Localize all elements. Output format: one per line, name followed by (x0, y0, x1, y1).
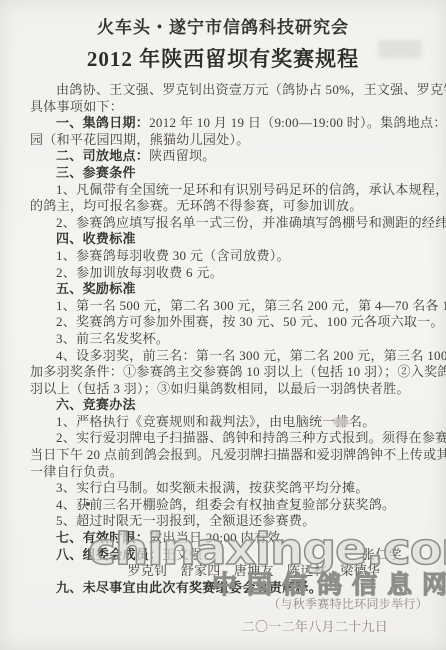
document-line: 1、第一名 500 元，第二名 300 元，第三名 200 元，第 4—70 名… (56, 298, 428, 315)
document-line: 三、参赛条件 (56, 165, 428, 182)
scan-smudge (378, 40, 422, 58)
document-line: 罗克钊 舒家四 唐坤友 陈远林 梁德华 (128, 563, 429, 580)
document-line: 九、未尽事宜由此次有奖赛组委会负责解释。 (56, 580, 428, 597)
scan-smudge (333, 417, 349, 427)
document-line: 的鸽主，均可报名参赛。无环鸽不得参赛，可参加训放。 (30, 198, 428, 215)
document-line: 加多羽奖条件：①参赛鸽主交参赛鸽 10 羽以上（包括 10 羽）；②入奖鸽需 3 (30, 364, 428, 381)
document-line: 八、组委会成员：王文强 张仁学 (56, 547, 428, 564)
section-heading: 三、参赛条件 (56, 165, 136, 180)
document-line: 四、收费标准 (56, 231, 428, 248)
document-line: 1、严格执行《竞赛规则和裁判法》，由电脑统一排名。 (56, 414, 428, 431)
section-heading: 五、奖励标准 (56, 281, 136, 296)
document-line: 一、集鸽日期：2012 年 10 月 19 日（9:00—19:00 时）。集鸽… (56, 115, 428, 132)
document-line: 七、有效时限：放出当日 20:00 内有效。 (56, 530, 428, 547)
section-heading: 六、竞赛办法 (56, 397, 136, 412)
document-line: 2、实行爱羽牌电子扫描器、鸽钟和持鸽三种方式报到。须得在参赛归巢鸽 (56, 430, 428, 447)
section-heading: 四、收费标准 (56, 231, 136, 246)
document-line: 具体事项如下： (30, 99, 428, 116)
document-line: 4、获前三名开棚验鸽，组委会有权抽查复验部分获奖鸽。 (56, 497, 428, 514)
document-line: 4、设多羽奖，前三名：第一名 300 元，第二名 200 元，第三名 100 元… (56, 348, 428, 365)
section-heading: 七、有效时限： (56, 530, 149, 545)
document-line: 1、凡佩带有全国统一足环和有识别号码足环的信鸽，承认本规程，已测距 (56, 182, 428, 199)
document-line: 3、实行白马制。如奖额未报满，按获奖鸽平均分摊。 (56, 480, 428, 497)
document-line: 园（和平花园四期，熊猫幼儿园处）。 (30, 132, 428, 149)
document-line: 二〇一二年八月二十九日 (30, 619, 428, 636)
organization-title: 火车头・遂宁市信鸽科技研究会 (0, 0, 446, 38)
document-line: 羽以上（包括 3 羽）；③如归巢鸽数相同，以最后一羽鸽快者胜。 (30, 381, 428, 398)
document-line: 2、参加训放每羽收费 6 元。 (56, 265, 428, 282)
document-body: 由鸽协、王文强、罗克钊出资壹万元（鸽协占 50%，王文强、罗克钊占 50%），具… (0, 73, 446, 636)
scanned-document-page: 火车头・遂宁市信鸽科技研究会 2012 年陕西留坝有奖赛规程 由鸽协、王文强、罗… (0, 0, 446, 650)
document-line: 1、参赛鸽每羽收费 30 元（含司放费）。 (56, 248, 428, 265)
document-line: 五、奖励标准 (56, 281, 428, 298)
section-heading: 一、集鸽日期： (56, 115, 149, 130)
section-heading: 八、组委会成员： (56, 547, 162, 562)
document-line: 由鸽协、王文强、罗克钊出资壹万元（鸽协占 50%，王文强、罗克钊占 50%）， (56, 82, 428, 99)
document-line: 2、参赛鸽应填写报名单一式三份，并准确填写鸽棚号和测距的经纬度。 (56, 215, 428, 232)
document-line: （与秋季赛特比环同步举行） (30, 596, 428, 613)
section-heading: 二、司放地点： (56, 148, 149, 163)
scan-speck (86, 502, 90, 506)
document-line: 二、司放地点：陕西留坝。 (56, 148, 428, 165)
section-heading: 九、未尽事宜由此次有奖赛组委会负责解释。 (56, 580, 322, 595)
document-line: 一律自行负责。 (30, 464, 428, 481)
document-line: 当日下午 20 点前到鸽会报到。凡爱羽牌扫描器和爱羽牌鸽钟不上传或其它原因， (30, 447, 428, 464)
document-line: 3、前三名发奖杯。 (56, 331, 428, 348)
document-line: 2、奖赛鸽方可参加外围赛，按 30 元、50 元、100 元各项六取一。 (56, 314, 428, 331)
document-line: 5、超过时限无一羽报到，全额退还参赛费。 (56, 513, 428, 530)
document-line: 六、竞赛办法 (56, 397, 428, 414)
